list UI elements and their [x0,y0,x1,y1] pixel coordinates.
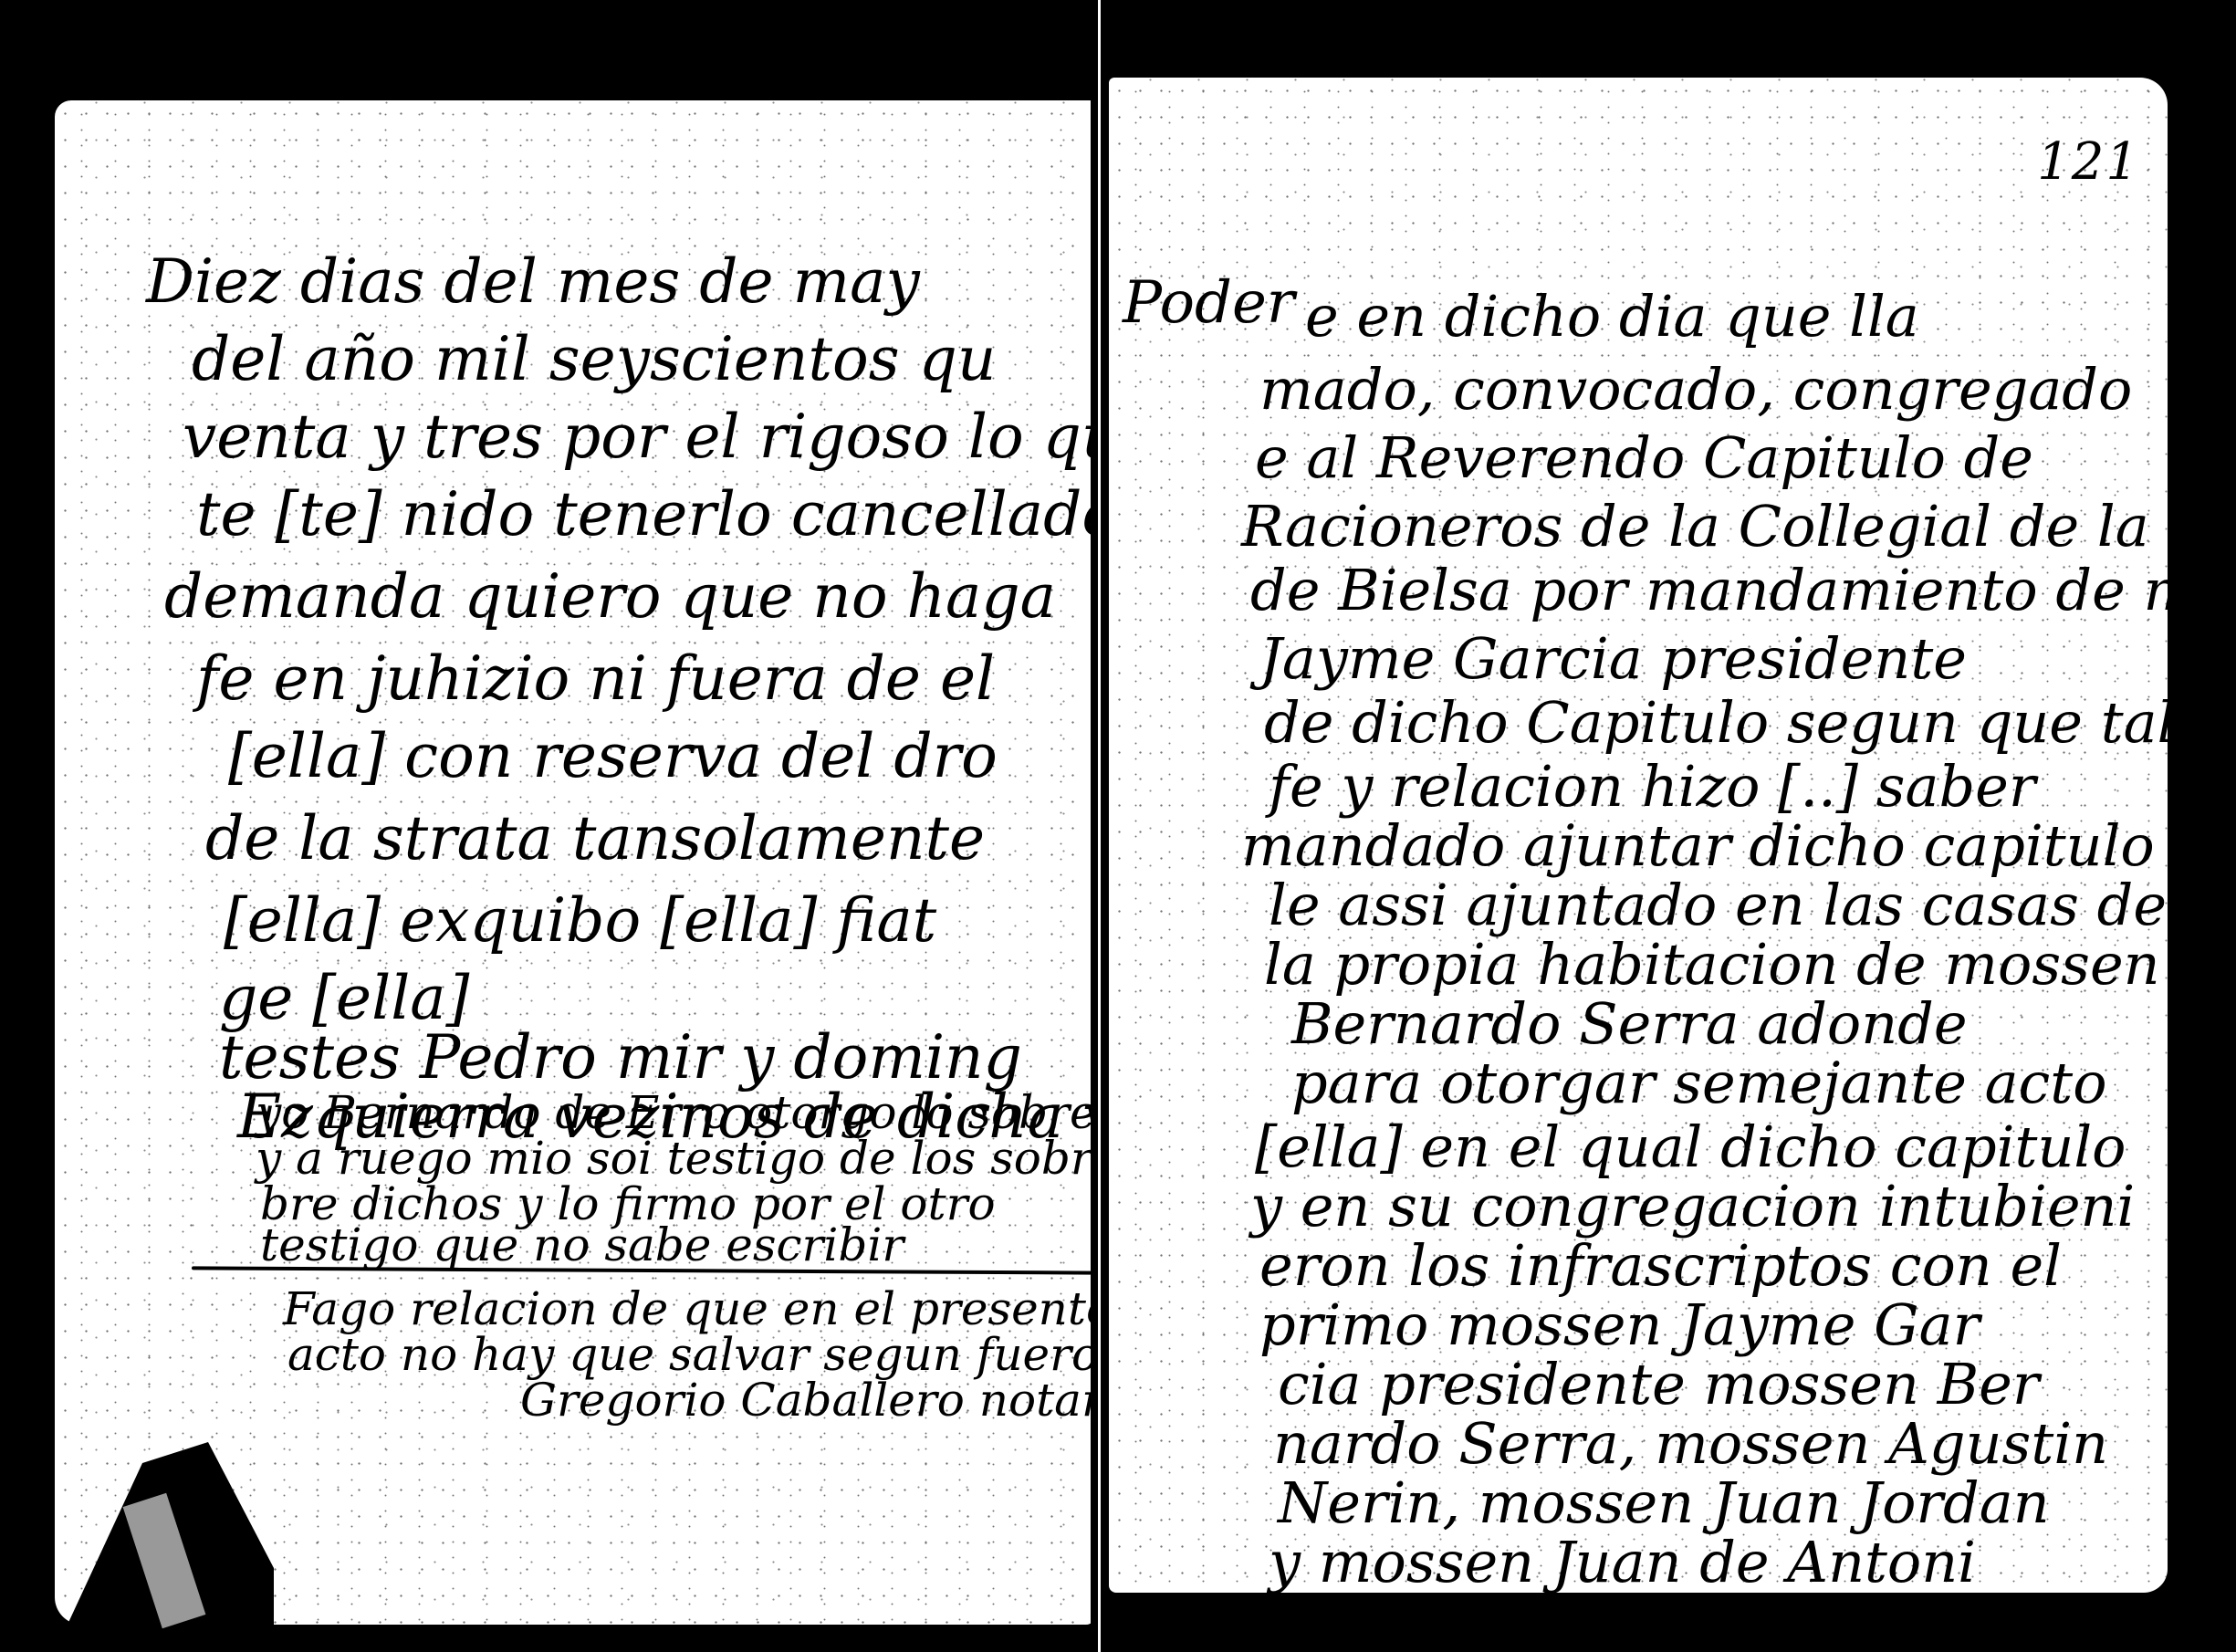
text-line: del año mil seyscientos qu [192,324,996,394]
text-line: [ella] exquibo [ella] fiat [224,885,936,956]
text-line: de Bielsa por mandamiento de mossen [1250,557,2168,623]
text-line: y en su congregacion intubieni [1250,1173,2135,1239]
text-line: Racioneros de la Collegial de la villa [1241,493,2168,559]
left-page: Diez dias del mes de may del año mil sey… [55,100,1095,1625]
text-line: Nerin, mossen Juan Jordan [1278,1469,2050,1536]
text-line: nardo Serra, mossen Agustin [1273,1410,2108,1477]
folio-number: 121 [2037,132,2140,192]
text-line: cia presidente mossen Ber [1278,1351,2040,1417]
text-line: [ella] con reserva del dro [228,721,998,791]
right-page: 121 Poder e en dicho dia que lla mado, c… [1109,78,2168,1593]
text-line: le assi ajuntado en las casas de [1269,872,2167,938]
text-line: te [te] nido tenerlo cancellado [196,479,1095,549]
text-line: Diez dias del mes de may [146,246,920,317]
scanned-manuscript-spread: Diez dias del mes de may del año mil sey… [0,0,2236,1652]
text-line: [ella] en el qual dicho capitulo [1255,1114,2126,1180]
text-line: venta y tres por el rigoso lo qu [183,402,1095,472]
text-line: de la strata tansolamente [205,803,985,873]
text-line: e al Reverendo Capitulo de [1255,424,2033,491]
text-line: e en dicho dia que lla [1305,283,1919,350]
text-line: la propia habitacion de mossen [1264,931,2160,998]
text-line: Jayme Garcia presidente [1259,625,1967,692]
margin-heading: Poder [1123,269,1294,337]
text-line: fe en juhizio ni fuera de el [196,643,995,714]
text-line: fe y relacion hizo [..] saber [1269,753,2035,820]
text-line: eron los infrascriptos con el [1259,1232,2062,1299]
text-line: para otorgar semejante acto [1291,1050,2107,1116]
text-line: demanda quiero que no haga [164,561,1056,632]
text-line: mado, convocado, congregado [1259,356,2132,423]
text-line: Bernardo Serra adonde [1291,990,1968,1057]
notary-signature: Gregorio Caballero notario [520,1374,1095,1427]
text-line: mandado ajuntar dicho capitulo [1241,812,2155,879]
text-line: y mossen Juan de Antoni [1269,1529,1976,1593]
text-line: de dicho Capitulo segun que tal [1264,689,2168,756]
signature-line: testigo que no sabe escribir [260,1218,904,1271]
text-line: primo mossen Jayme Gar [1259,1291,1980,1358]
